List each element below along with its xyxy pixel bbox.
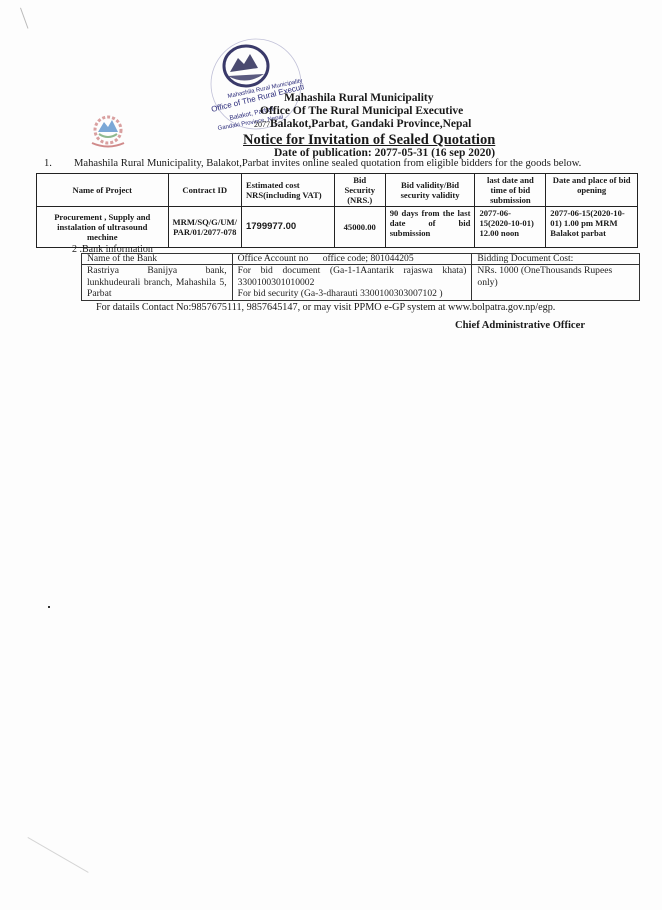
bank-name-line: Parbat xyxy=(87,288,227,300)
nepal-emblem-icon xyxy=(86,110,130,150)
cell-estimated-cost: 1799977.00 xyxy=(241,207,334,248)
account-line: For bid security (Ga-3-dharauti 33001003… xyxy=(238,288,467,300)
bank-name-cell: Rastriya Banijya bank, lunkhudeurali bra… xyxy=(82,265,233,301)
bank-header-row: Name of the Bank Office Account no offic… xyxy=(82,254,640,265)
office-address-text: Balakot,Parbat, Gandaki Province,Nepal xyxy=(270,118,471,130)
col-header-validity: Bid validity/Bid security validity xyxy=(385,174,475,207)
bank-info-table: Name of the Bank Office Account no offic… xyxy=(81,253,640,301)
account-line: 3300100301010002 xyxy=(238,277,467,289)
municipality-name: Mahashila Rural Municipality xyxy=(284,92,434,104)
intro-text: Mahashila Rural Municipality, Balakot,Pa… xyxy=(74,158,581,169)
cell-last-date: 2077-06- 15(2020-10-01) 12.00 noon xyxy=(475,207,546,248)
seal-year: 2077 xyxy=(254,120,270,129)
cell-project: Procurement , Supply and instalation of … xyxy=(37,207,169,248)
scan-dot xyxy=(48,606,50,608)
doc-cost-header: Bidding Document Cost: xyxy=(472,254,640,265)
col-header-project: Name of Project xyxy=(37,174,169,207)
bank-name-header: Name of the Bank xyxy=(82,254,233,265)
col-header-opening: Date and place of bid opening xyxy=(546,174,638,207)
col-header-last-date: last date and time of bid submission xyxy=(475,174,546,207)
office-address: 2077Balakot,Parbat, Gandaki Province,Nep… xyxy=(254,118,471,130)
account-line: For bid document (Ga-1-1Aantarik rajaswa… xyxy=(238,265,467,277)
cell-bid-security: 45000.00 xyxy=(334,207,385,248)
scan-mark xyxy=(20,8,28,29)
cell-validity: 90 days from the last date of bid submis… xyxy=(385,207,475,248)
cell-opening: 2077-06-15(2020-10-01) 1.00 pm MRM Balak… xyxy=(546,207,638,248)
account-cell: For bid document (Ga-1-1Aantarik rajaswa… xyxy=(232,265,472,301)
bank-name-line: Rastriya Banijya bank, xyxy=(87,265,227,277)
intro-paragraph: 1.Mahashila Rural Municipality, Balakot,… xyxy=(44,158,581,169)
intro-number: 1. xyxy=(44,158,74,169)
table-row: Procurement , Supply and instalation of … xyxy=(37,207,638,248)
quotation-table: Name of Project Contract ID Estimated co… xyxy=(36,173,638,248)
col-header-bid-security: Bid Security (NRS.) xyxy=(334,174,385,207)
scan-mark xyxy=(28,837,89,873)
table-header-row: Name of Project Contract ID Estimated co… xyxy=(37,174,638,207)
doc-cost-cell: NRs. 1000 (OneThousands Rupees only) xyxy=(472,265,640,301)
col-header-contract-id: Contract ID xyxy=(168,174,241,207)
cell-contract-id: MRM/SQ/G/UM/ PAR/01/2077-078 xyxy=(168,207,241,248)
office-name: Office Of The Rural Municipal Executive xyxy=(260,105,463,117)
col-header-estimated-cost: Estimated cost NRS(including VAT) xyxy=(241,174,334,207)
contact-info: For datails Contact No:9857675111, 98576… xyxy=(96,302,555,313)
bank-name-line: lunkhudeurali branch, Mahashila 5, xyxy=(87,277,227,289)
table-row: Rastriya Banijya bank, lunkhudeurali bra… xyxy=(82,265,640,301)
signature-title: Chief Administrative Officer xyxy=(455,320,585,331)
account-header: Office Account no office code; 801044205 xyxy=(232,254,472,265)
